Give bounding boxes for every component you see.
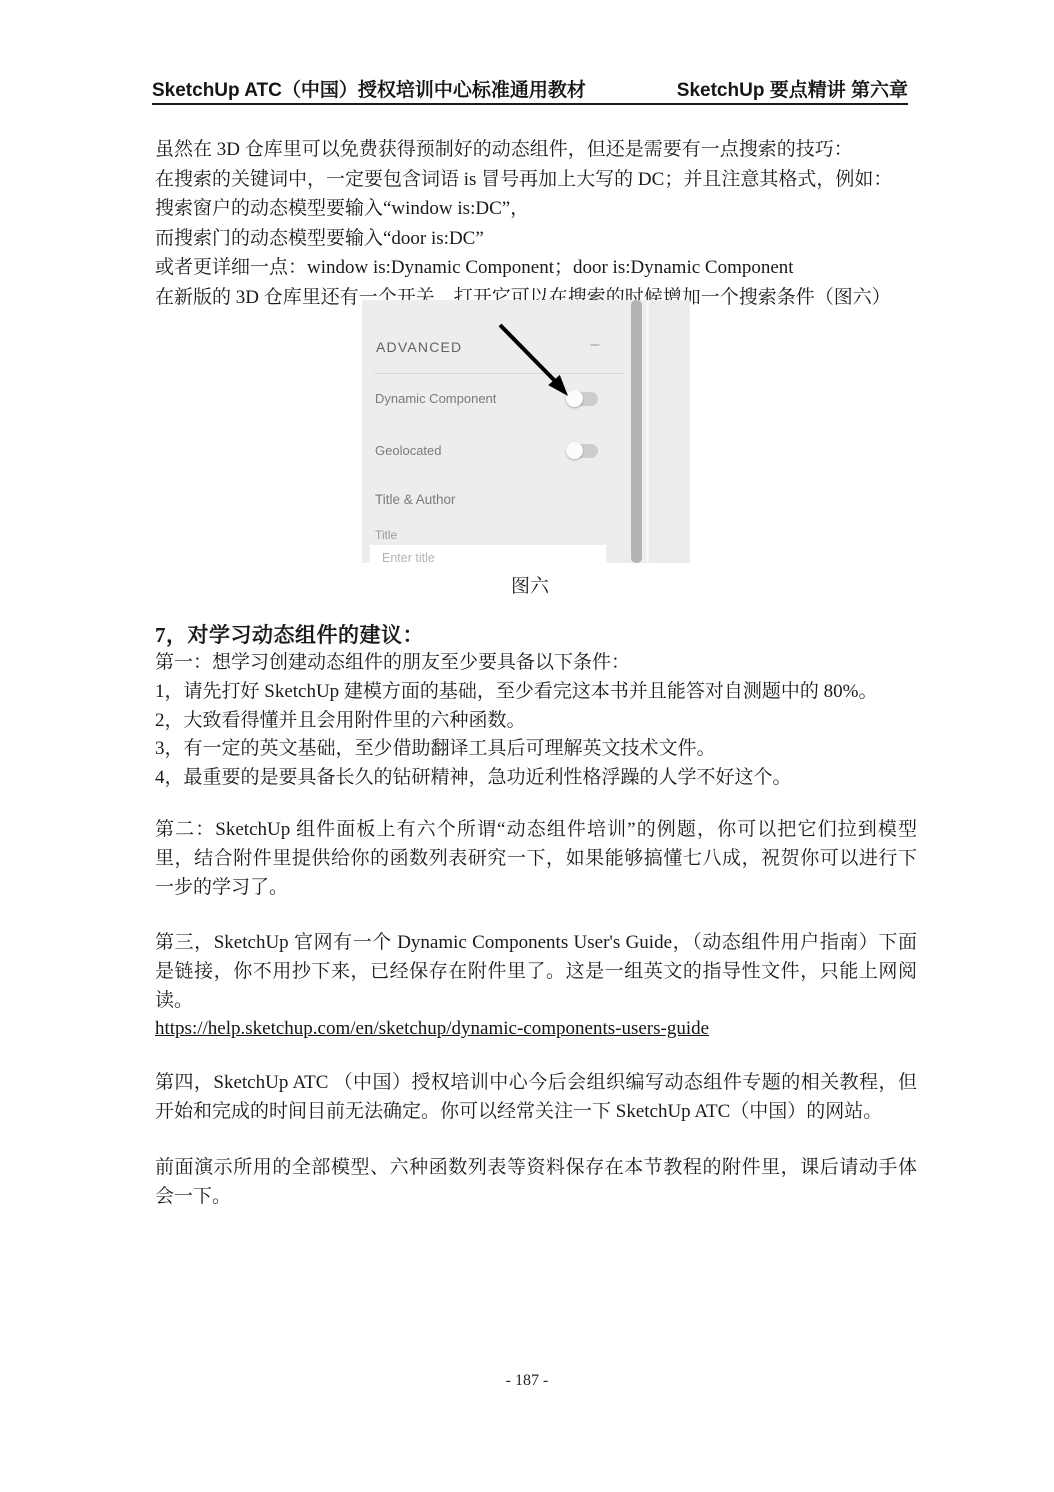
advanced-panel-title: ADVANCED: [376, 339, 462, 355]
page-header: SketchUp ATC（中国）授权培训中心标准通用教材 SketchUp 要点…: [152, 76, 908, 105]
text-line: 第四，SketchUp ATC （中国）授权培训中心今后会组织编写动态组件专题的…: [155, 1068, 917, 1097]
text-line: 会一下。: [155, 1182, 917, 1211]
first-advice-line: 第一：想学习创建动态组件的朋友至少要具备以下条件：: [155, 648, 917, 678]
figure-caption: 图六: [152, 571, 908, 598]
dynamic-component-toggle[interactable]: [568, 392, 598, 406]
text-line: 搜索窗户的动态模型要输入“window is:DC”，: [155, 194, 917, 224]
text-line: 前面演示所用的全部模型、六种函数列表等资料保存在本节教程的附件里，课后请动手体: [155, 1153, 917, 1182]
figure-screenshot-advanced-panel: ADVANCED – Dynamic Component Geolocated …: [362, 300, 690, 563]
intro-paragraph: 虽然在 3D 仓库里可以免费获得预制好的动态组件，但还是需要有一点搜索的技巧：在…: [155, 135, 917, 313]
header-right-title: SketchUp 要点精讲 第六章: [677, 78, 908, 103]
title-author-section-label: Title & Author: [375, 492, 456, 507]
text-line: 虽然在 3D 仓库里可以免费获得预制好的动态组件，但还是需要有一点搜索的技巧：: [155, 135, 917, 165]
dynamic-component-label: Dynamic Component: [375, 391, 496, 406]
page-number: - 187 -: [0, 1372, 1054, 1390]
toggle-knob: [566, 390, 583, 407]
panel-divider: [374, 373, 624, 374]
toggle-knob: [566, 442, 583, 459]
text-line: 1，请先打好 SketchUp 建模方面的基础，至少看完这本书并且能答对自测题中…: [155, 678, 917, 707]
text-line: 开始和完成的时间目前无法确定。你可以经常关注一下 SketchUp ATC（中国…: [155, 1097, 917, 1126]
guide-link-wrap: https://help.sketchup.com/en/sketchup/dy…: [155, 1014, 917, 1044]
text-line: 是链接，你不用抄下来，已经保存在附件里了。这是一组英文的指导性文件，只能上网阅: [155, 957, 917, 986]
text-line: 第二：SketchUp 组件面板上有六个所谓“动态组件培训”的例题，你可以把它们…: [155, 815, 917, 844]
text-line: 在搜索的关键词中，一定要包含词语 is 冒号再加上大写的 DC；并且注意其格式，…: [155, 165, 917, 195]
text-line: 里，结合附件里提供给你的函数列表研究一下，如果能够搞懂七八成，祝贺你可以进行下: [155, 844, 917, 873]
geolocated-label: Geolocated: [375, 443, 442, 458]
text-line: 或者更详细一点：window is:Dynamic Component；door…: [155, 253, 917, 283]
text-line: 4，最重要的是要具备长久的钻研精神，急功近利性格浮躁的人学不好这个。: [155, 764, 917, 793]
collapse-icon[interactable]: –: [584, 336, 606, 354]
advice-list: 1，请先打好 SketchUp 建模方面的基础，至少看完这本书并且能答对自测题中…: [155, 678, 917, 793]
text-line: 一步的学习了。: [155, 873, 917, 902]
panel-right-margin: [649, 300, 690, 563]
paragraph-closing: 前面演示所用的全部模型、六种函数列表等资料保存在本节教程的附件里，课后请动手体会…: [155, 1153, 917, 1211]
text-line: 第一：想学习创建动态组件的朋友至少要具备以下条件：: [155, 648, 917, 678]
text-line: 读。: [155, 986, 917, 1015]
text-line: 3，有一定的英文基础，至少借助翻译工具后可理解英文技术文件。: [155, 735, 917, 764]
guide-link[interactable]: https://help.sketchup.com/en/sketchup/dy…: [155, 1018, 709, 1039]
paragraph-third: 第三，SketchUp 官网有一个 Dynamic Components Use…: [155, 928, 917, 1016]
document-page: SketchUp ATC（中国）授权培训中心标准通用教材 SketchUp 要点…: [0, 0, 1054, 1492]
scrollbar[interactable]: [631, 300, 642, 563]
section-heading: 7，对学习动态组件的建议：: [155, 619, 424, 649]
text-line: 第三，SketchUp 官网有一个 Dynamic Components Use…: [155, 928, 917, 957]
text-line: 而搜索门的动态模型要输入“door is:DC”: [155, 224, 917, 254]
paragraph-second: 第二：SketchUp 组件面板上有六个所谓“动态组件培训”的例题，你可以把它们…: [155, 815, 917, 903]
paragraph-fourth: 第四，SketchUp ATC （中国）授权培训中心今后会组织编写动态组件专题的…: [155, 1068, 917, 1126]
title-input[interactable]: [370, 545, 606, 563]
geolocated-toggle[interactable]: [568, 444, 598, 458]
title-field-label: Title: [375, 528, 397, 542]
header-left-title: SketchUp ATC（中国）授权培训中心标准通用教材: [152, 78, 586, 103]
text-line: 2，大致看得懂并且会用附件里的六种函数。: [155, 707, 917, 736]
